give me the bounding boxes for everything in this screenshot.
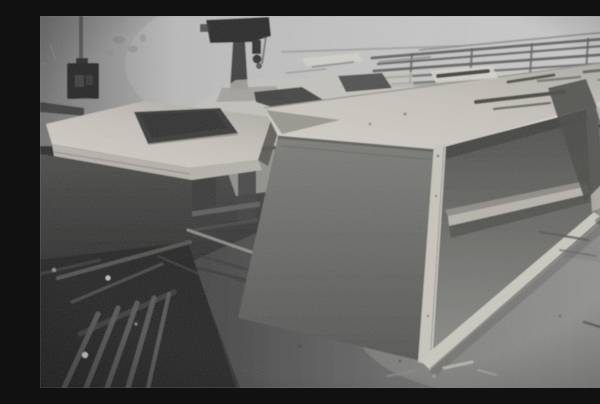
photo-canvas: Grainy black-and-white photograph of a w… [40,16,600,388]
workshop-photograph: Grainy black-and-white photograph of a w… [40,16,600,388]
film-grain-overlay [40,16,600,388]
